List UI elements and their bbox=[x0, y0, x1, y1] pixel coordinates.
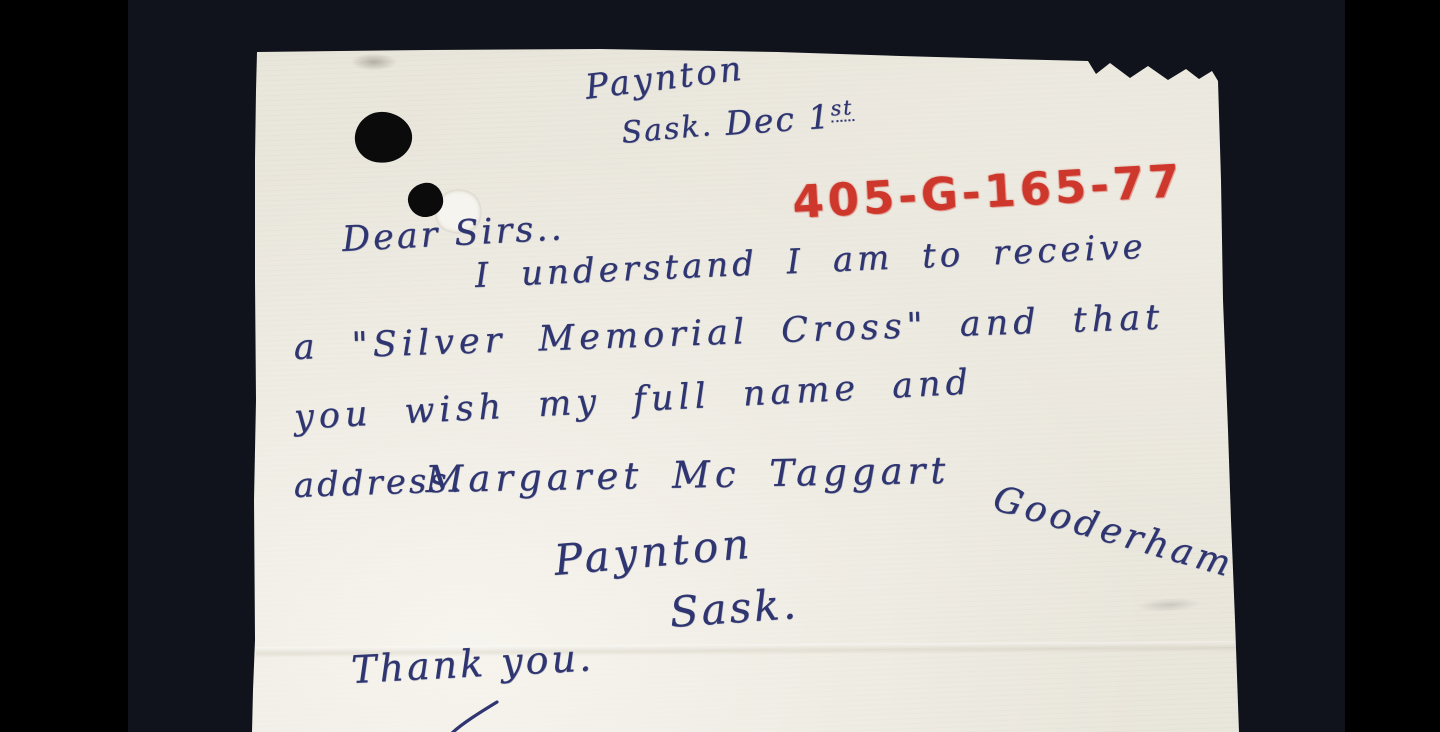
reference-number-stamp: 405-G-165-77 bbox=[791, 154, 1185, 229]
ink-blot-large bbox=[352, 108, 416, 166]
salutation: Dear Sirs.. bbox=[341, 208, 565, 260]
body-line-3: you wish my full name and bbox=[293, 362, 974, 438]
letter-paper: Paynton Sask. Dec 1st 405-G-165-77 Dear … bbox=[128, 0, 1345, 732]
heading-date-day: Dec 1 bbox=[724, 97, 832, 143]
photo-mat: Paynton Sask. Dec 1st 405-G-165-77 Dear … bbox=[128, 0, 1345, 732]
heading-date: Dec 1st bbox=[724, 95, 855, 143]
body-line-1: I understand I am to receive bbox=[474, 227, 1147, 296]
sender-name: Margaret Mc Taggart bbox=[425, 449, 950, 501]
heading-date-suffix: st bbox=[830, 95, 854, 123]
heading-place: Paynton bbox=[583, 49, 746, 108]
body-line-2: a "Silver Memorial Cross" and that bbox=[293, 298, 1165, 368]
sender-place: Paynton bbox=[552, 519, 755, 585]
paper-smudge bbox=[342, 50, 406, 74]
sender-province: Sask. bbox=[668, 579, 800, 637]
closing-line: Thank you. bbox=[350, 635, 595, 692]
signature-stroke bbox=[450, 700, 502, 732]
photo-backdrop: Paynton Sask. Dec 1st 405-G-165-77 Dear … bbox=[0, 0, 1440, 732]
heading-province: Sask. bbox=[620, 108, 714, 151]
sender-surname: Gooderham bbox=[989, 478, 1239, 586]
pencil-smudge bbox=[1126, 594, 1213, 616]
